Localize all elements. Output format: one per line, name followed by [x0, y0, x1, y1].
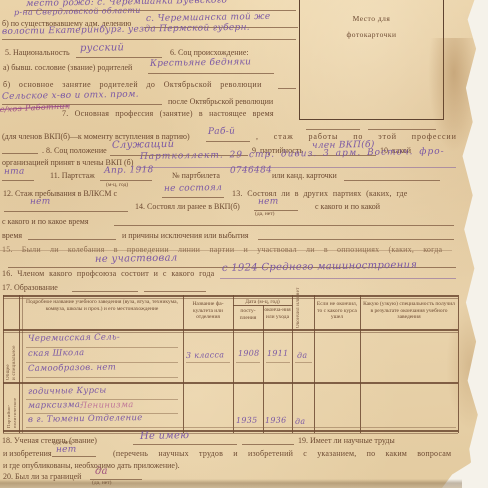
table-header-date-start: посту-пления	[234, 308, 262, 321]
table-row-school: годичные Курсы	[28, 387, 107, 397]
table-border	[3, 295, 4, 433]
label-item-7: 7. Основная профессия (занятие) в настоя…	[62, 110, 274, 118]
underline	[2, 180, 34, 181]
underline	[206, 141, 250, 142]
underline	[258, 239, 454, 240]
table-border	[22, 295, 23, 433]
table-border	[263, 305, 264, 433]
table-border	[360, 295, 361, 433]
bottom-shadow	[0, 479, 462, 488]
table-border	[3, 433, 458, 434]
label-item-11: 11. Партстаж	[50, 172, 95, 180]
answer-line	[306, 129, 360, 130]
label-item-6: 6. Соц происхождение:	[170, 49, 249, 57]
scanned-form-page: место рожд: с. Черемшанка Буевского р-на…	[0, 0, 488, 488]
table-header-finished: Окончил или нет	[296, 298, 301, 328]
field-party-seniority: Апр. 1918	[104, 166, 154, 176]
underline	[148, 73, 274, 74]
table-row-school: в г. Тюмени Отделение	[28, 414, 143, 424]
underline	[242, 444, 294, 445]
table-header-faculty: Название фа-культета или отделения	[185, 301, 231, 321]
field-former-vkpb: нет	[258, 198, 279, 207]
field-party-organization: Партколлект. 29 стр. дивиз. 3 арм. Восто…	[140, 148, 445, 162]
table-border	[314, 295, 315, 433]
table-header-date-end: оконча-ния или ухода	[264, 307, 291, 320]
underline	[28, 239, 116, 240]
field-other-parties: нет	[30, 198, 51, 207]
table-border	[183, 295, 184, 433]
field-scientific-works: нет	[56, 446, 77, 455]
underline	[2, 39, 296, 40]
label-item-6b: б) основное занятие родителей до Октябрь…	[3, 81, 262, 89]
row-line	[186, 362, 230, 363]
label-item-5: 5. Национальность	[5, 49, 70, 57]
underline	[162, 197, 224, 198]
label-item-14-line2: с какого и по какое время	[2, 218, 89, 226]
row-line	[295, 362, 312, 363]
table-section-general-1: Общее	[6, 334, 11, 380]
label-item-8: . 8. Соц положение	[42, 147, 107, 155]
label-da-net-2: (да, нет)	[53, 441, 72, 447]
row-line	[236, 362, 260, 363]
label-item-19-tail2: и где опубликованы, необходимо дать прил…	[3, 462, 180, 470]
row-line	[26, 377, 178, 378]
label-item-14-tail: с какого и по какой	[315, 203, 380, 211]
underline	[144, 291, 206, 292]
label-after-revolution: после Октябрьской революции	[168, 98, 273, 106]
field-oppositions: не участвовал	[95, 254, 178, 265]
table-row-faculty: 3 класса	[186, 351, 225, 360]
table-border	[19, 295, 20, 433]
underline	[2, 153, 38, 154]
field-academic-degree: Не имею	[140, 431, 190, 442]
label-item-19: 19. Имеет ли научные труды	[298, 437, 395, 445]
underline	[133, 444, 237, 445]
field-party-organization-cont: нта	[4, 168, 25, 177]
label-da-net-1: (да, нет)	[255, 212, 274, 218]
label-item-14-line3: время	[2, 232, 22, 240]
table-header-school: Подробное название учебного заведения (в…	[24, 299, 180, 312]
table-section-party-2: политическое	[12, 384, 17, 428]
field-adm-division-2: волости Екатеринбург. уезда Пермской губ…	[2, 24, 250, 37]
field-parents-estate: Крестьяне бедняки	[150, 58, 251, 69]
underline	[72, 291, 138, 292]
underline	[220, 278, 456, 279]
photo-caption-line2: фотокарточки	[300, 30, 443, 39]
underline	[344, 180, 440, 181]
table-header-course: Если не окончил, то с какого курса ушел	[316, 301, 358, 321]
underline	[278, 88, 296, 89]
underline	[138, 167, 456, 168]
underline	[4, 211, 128, 212]
table-section-party-1: Партийно-	[6, 384, 11, 428]
label-card-number: № партбилета	[172, 172, 220, 180]
field-card-number: 0746484	[230, 166, 272, 176]
field-vlksm: не состоял	[164, 184, 222, 194]
field-birthplace-line2: р-на Свердловской области	[14, 7, 141, 17]
table-row-finished: да	[297, 352, 308, 360]
label-card-number-tail: или канд. карточки	[272, 172, 337, 180]
table-row-date-end: 1936	[265, 417, 287, 425]
table-row-date-end: 1911	[267, 350, 289, 358]
table-row-finished: да	[295, 418, 306, 426]
table-border	[292, 295, 293, 433]
table-row-school-cont: Ленинизма	[80, 401, 134, 410]
underline	[100, 180, 152, 181]
answer-line	[368, 129, 436, 130]
underline	[76, 57, 162, 58]
table-border	[3, 329, 458, 331]
row-line	[266, 362, 290, 363]
table-header-specialty: Какую (узкую) специальность получил в ре…	[362, 301, 456, 321]
photo-caption-line1: Место для	[300, 14, 443, 23]
table-section-general-2: и специальное	[12, 334, 17, 380]
underline	[114, 225, 454, 226]
underline	[52, 456, 96, 457]
label-item-19b: и изобретения	[3, 450, 52, 458]
label-item-12: 12. Стаж пребывания в ВЛКСМ с	[3, 190, 117, 198]
field-profession: Раб-й	[208, 128, 235, 137]
table-row-date-start: 1935	[236, 417, 258, 425]
field-margin-note: с/хоз Работник	[0, 102, 70, 114]
table-row-school: марксизма-	[28, 401, 84, 410]
field-trade-union: с 1924 Среднего машиностроения	[222, 261, 417, 274]
photo-placeholder-box: Место для фотокарточки	[299, 0, 444, 120]
field-soc-position: Служащий	[112, 140, 175, 151]
label-item-18: 18. Ученая степень (звание)	[2, 437, 97, 445]
table-row-date-start: 1908	[238, 350, 260, 358]
label-item-19-tail: (перечень научных трудов и изобретений с…	[113, 450, 451, 458]
table-row-school: ская Школа	[28, 349, 85, 358]
label-month-year: (м-ц, год)	[106, 183, 128, 189]
label-item-14-line3b: и причины исключения или выбытия	[122, 232, 249, 240]
table-row-school: Самообразов. нет	[28, 363, 116, 373]
table-border	[3, 430, 458, 432]
row-line	[26, 427, 456, 428]
crease-line	[0, 250, 452, 251]
field-parents-occupation: Сельское х-во и отх. пром.	[2, 91, 139, 102]
table-header-date: Дата (м-ц, год)	[233, 299, 292, 306]
field-abroad: да	[95, 467, 108, 477]
label-item-6a: а) бывш. сословие (звание) родителей	[3, 64, 132, 72]
table-border	[3, 382, 458, 384]
field-adm-division: с. Черемшанска той же	[146, 13, 271, 24]
label-item-17: 17. Образование	[2, 284, 58, 292]
table-border	[3, 295, 458, 297]
table-row-school: Черемисская Сель-	[28, 333, 120, 343]
label-item-16: 16. Членом какого профсоюза состоит и с …	[2, 270, 214, 278]
field-nationality: русский	[80, 43, 125, 54]
label-item-14: 14. Состоял ли ранее в ВКП(б)	[135, 203, 240, 211]
